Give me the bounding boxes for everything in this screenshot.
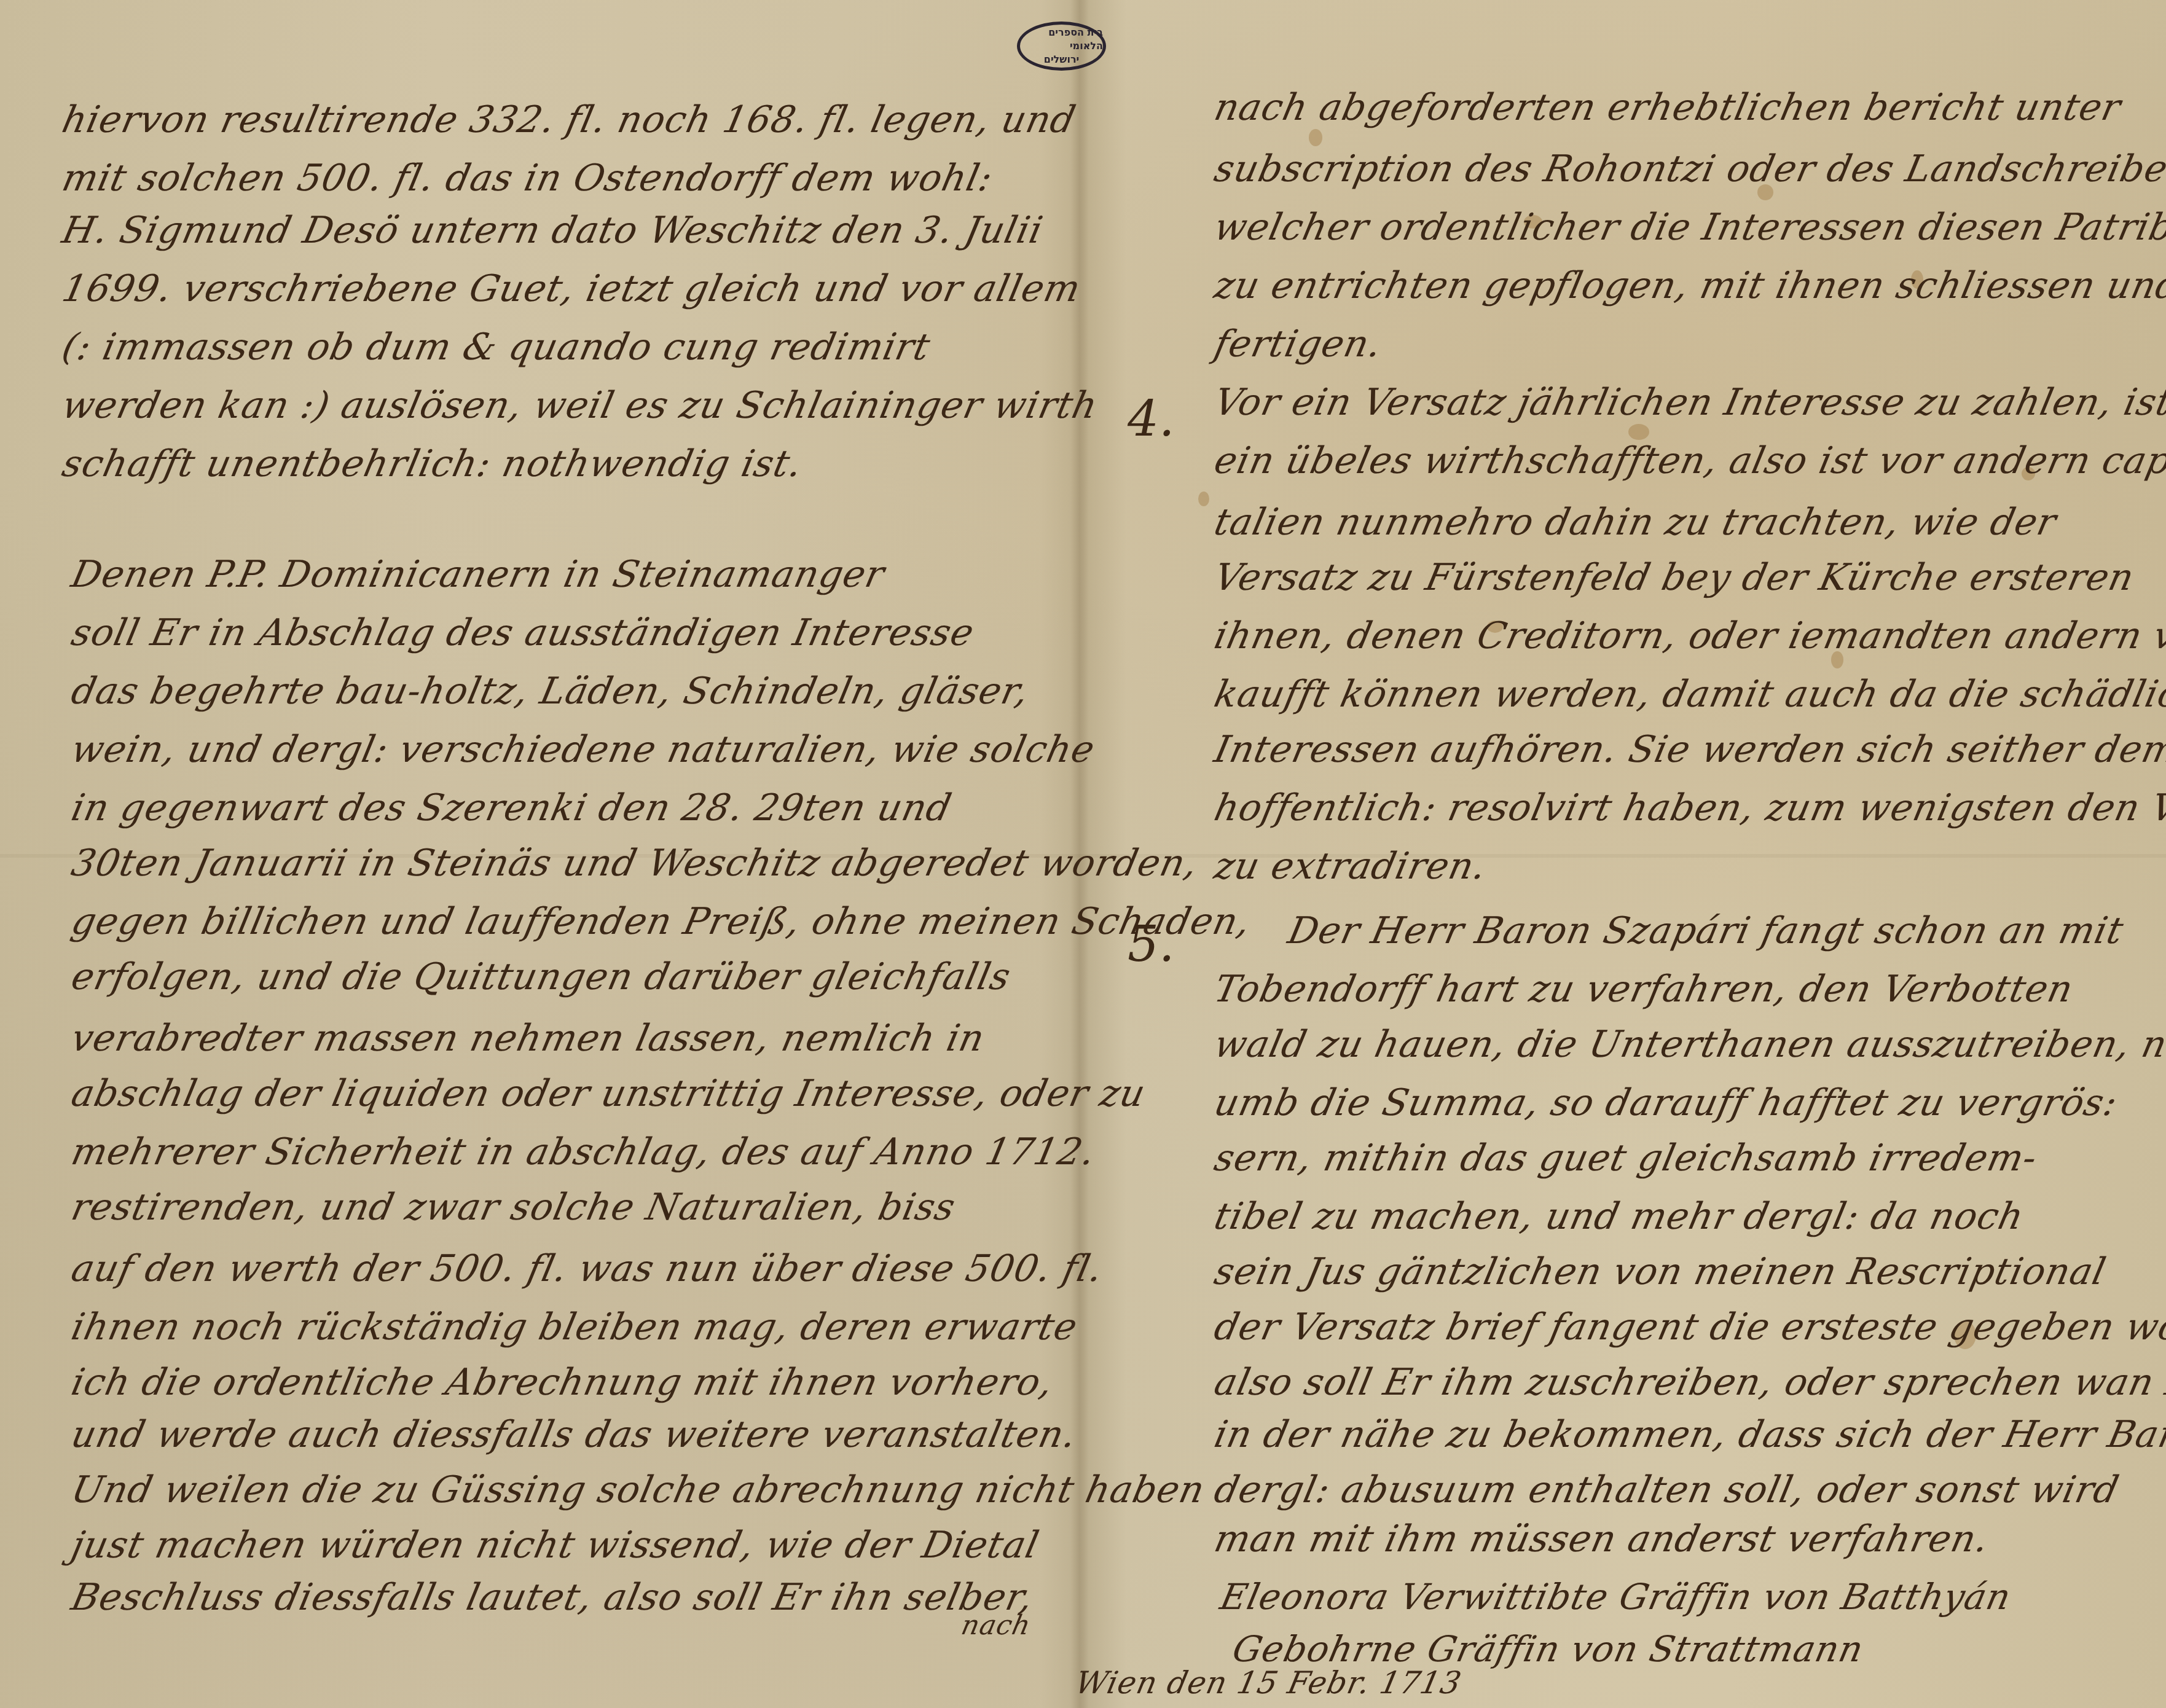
text-line: hiervon resultirende 332. fl. noch 168. … bbox=[58, 98, 1080, 141]
text-line: talien nunmehro dahin zu trachten, wie d… bbox=[1211, 501, 2060, 544]
text-line: sein Jus gäntzlichen von meinen Rescript… bbox=[1211, 1250, 2110, 1293]
text-line: der Versatz brief fangent die ersteste g… bbox=[1211, 1306, 2166, 1349]
text-line: H. Sigmund Desö untern dato Weschitz den… bbox=[58, 209, 1047, 252]
text-line: Denen P.P. Dominicanern in Steinamanger bbox=[68, 553, 889, 596]
text-line: dergl: abusuum enthalten soll, oder sons… bbox=[1211, 1468, 2123, 1511]
text-line: Der Herr Baron Szapári fangt schon an mi… bbox=[1284, 909, 2127, 952]
text-line: fertigen. bbox=[1211, 323, 1386, 366]
catchword: nach bbox=[959, 1610, 1034, 1641]
text-line: wein, und dergl: verschiedene naturalien… bbox=[68, 728, 1099, 771]
text-line: Interessen aufhören. Sie werden sich sei… bbox=[1211, 728, 2166, 771]
manuscript-sheet: בית הספרים הלאומי ירושלים hiervon result… bbox=[0, 0, 2166, 1708]
text-line: gegen billichen und lauffenden Preiß, oh… bbox=[68, 900, 1255, 943]
text-line: wald zu hauen, die Unterthanen ausszutre… bbox=[1211, 1023, 2166, 1066]
text-line: (: immassen ob dum & quando cung redimir… bbox=[58, 326, 934, 369]
text-line: subscription des Rohontzi oder des Lands… bbox=[1211, 147, 2166, 190]
text-line: kaufft können werden, damit auch da die … bbox=[1211, 673, 2166, 716]
text-line: sern, mithin das guet gleichsamb irredem… bbox=[1211, 1137, 2041, 1180]
text-line: 1699. verschriebene Guet, ietzt gleich u… bbox=[58, 267, 1085, 310]
text-line: zu extradiren. bbox=[1211, 845, 1491, 888]
text-line: schafft unentbehrlich: nothwendig ist. bbox=[58, 442, 806, 485]
text-line: umb die Summa, so darauff hafftet zu ver… bbox=[1211, 1081, 2122, 1124]
text-line: mit solchen 500. fl. das in Ostendorff d… bbox=[58, 157, 997, 200]
text-line: also soll Er ihm zuschreiben, oder sprec… bbox=[1211, 1361, 2166, 1404]
item-number-5: 5. bbox=[1128, 915, 1174, 973]
item-number-4: 4. bbox=[1128, 390, 1174, 447]
left-page: hiervon resultirende 332. fl. noch 168. … bbox=[0, 0, 1081, 1708]
text-line: welcher ordentlicher die Interessen dies… bbox=[1211, 206, 2166, 249]
text-line: ihnen noch rückständig bleiben mag, dere… bbox=[68, 1306, 1081, 1349]
text-line: ihnen, denen Creditorn, oder iemandten a… bbox=[1211, 614, 2166, 657]
text-line: zu entrichten gepflogen, mit ihnen schli… bbox=[1211, 264, 2166, 307]
text-line: das begehrte bau-holtz, Läden, Schindeln… bbox=[68, 670, 1033, 713]
text-line: just machen würden nicht wissend, wie de… bbox=[68, 1524, 1043, 1567]
text-line: in gegenwart des Szerenki den 28. 29ten … bbox=[68, 786, 955, 829]
text-line: Tobendorff hart zu verfahren, den Verbot… bbox=[1211, 968, 2077, 1011]
text-line: erfolgen, und die Quittungen darüber gle… bbox=[68, 955, 1014, 998]
text-line: werden kan :) auslösen, weil es zu Schla… bbox=[58, 384, 1102, 427]
text-line: nach abgeforderten erhebtlichen bericht … bbox=[1211, 86, 2125, 129]
text-line: in der nähe zu bekommen, dass sich der H… bbox=[1211, 1413, 2166, 1456]
signature-line-1: Eleonora Verwittibte Gräffin von Batthyá… bbox=[1217, 1576, 2015, 1618]
text-line: mehrerer Sicherheit in abschlag, des auf… bbox=[68, 1130, 1099, 1173]
text-line: tibel zu machen, und mehr dergl: da noch bbox=[1211, 1195, 2028, 1238]
text-line: ich die ordentliche Abrechnung mit ihnen… bbox=[68, 1361, 1057, 1404]
right-page: nach abgeforderten erhebtlichen bericht … bbox=[1081, 0, 2166, 1708]
text-line: Vor ein Versatz jährlichen Interesse zu … bbox=[1211, 381, 2166, 424]
text-line: Versatz zu Fürstenfeld bey der Kürche er… bbox=[1211, 556, 2138, 599]
dateline: Wien den 15 Febr. 1713 bbox=[1072, 1665, 1465, 1701]
text-line: und werde auch diessfalls das weitere ve… bbox=[68, 1413, 1081, 1456]
text-line: ein übeles wirthschafften, also ist vor … bbox=[1211, 439, 2166, 482]
text-line: restirenden, und zwar solche Naturalien,… bbox=[68, 1186, 959, 1229]
text-line: Und weilen die zu Güssing solche abrechn… bbox=[68, 1468, 1209, 1511]
signature-line-2: Gebohrne Gräffin von Strattmann bbox=[1229, 1628, 1867, 1670]
text-line: man mit ihm müssen anderst verfahren. bbox=[1211, 1518, 1993, 1561]
text-line: abschlag der liquiden oder unstrittig In… bbox=[68, 1072, 1150, 1115]
text-line: hoffentlich: resolvirt haben, zum wenigs… bbox=[1211, 786, 2166, 829]
text-line: Beschluss diessfalls lautet, also soll E… bbox=[68, 1576, 1037, 1619]
text-line: verabredter massen nehmen lassen, nemlic… bbox=[68, 1017, 989, 1060]
text-line: 30ten Januarii in Steinäs und Weschitz a… bbox=[68, 842, 1202, 885]
text-line: auf den werth der 500. fl. was nun über … bbox=[68, 1247, 1107, 1290]
text-line: soll Er in Abschlag des ausständigen Int… bbox=[68, 611, 978, 654]
